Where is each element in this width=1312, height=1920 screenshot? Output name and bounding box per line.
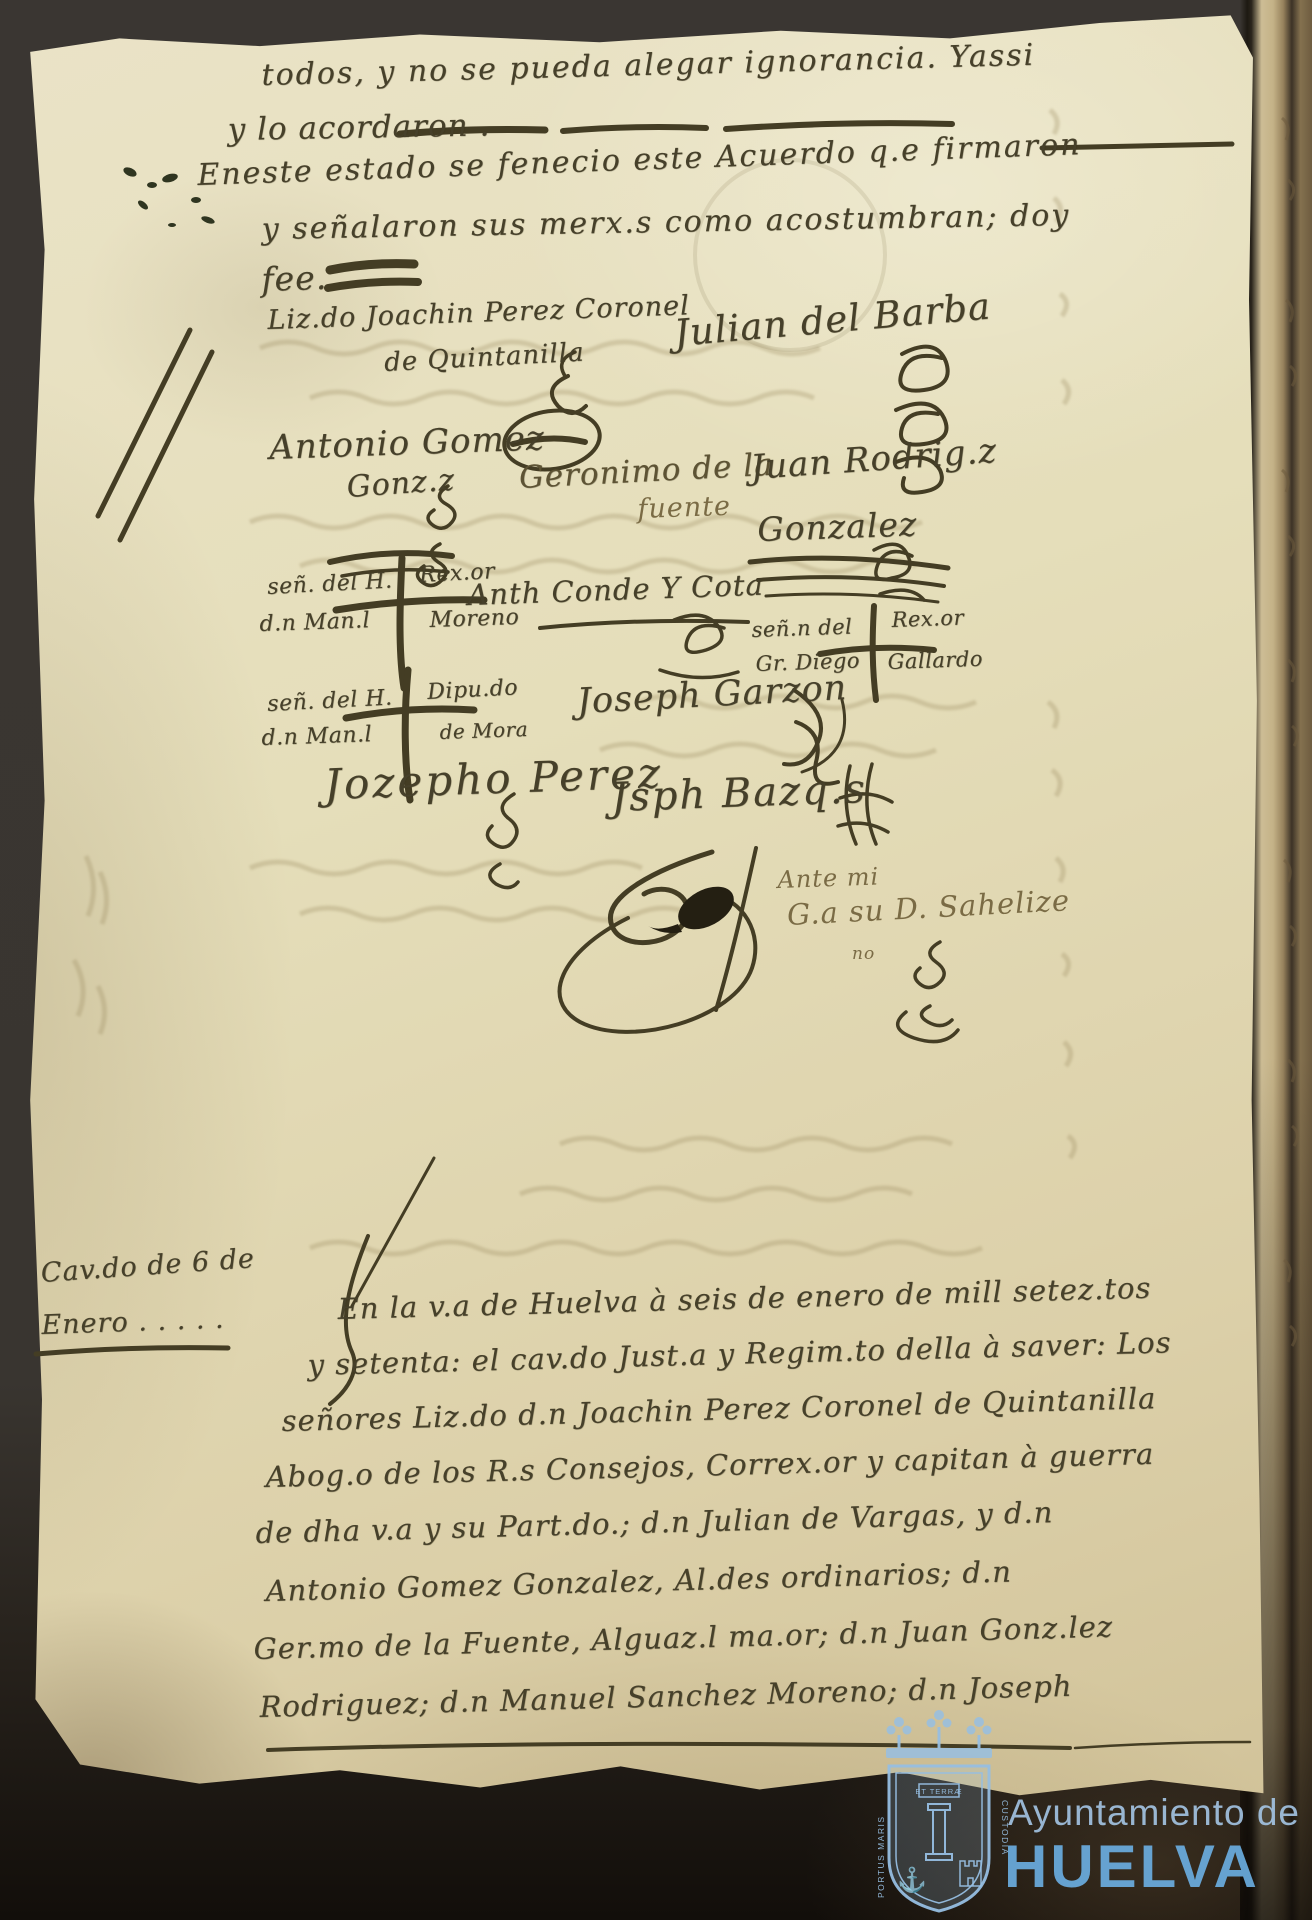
manuscript-top-line: y lo acordaron . <box>227 107 490 148</box>
signature-sahelize-superscript: no <box>852 944 875 964</box>
anchor-icon: ⚓ <box>897 1866 927 1894</box>
signature-ante-mi: Ante mi <box>777 862 880 894</box>
signature-geronimo-fuente-line2: fuente <box>637 491 732 525</box>
mark-label-gallardo-2: Rex.or <box>891 605 964 632</box>
mark-label-moreno-3: d.n Man.l <box>259 608 370 637</box>
mark-label-gallardo-4: Gallardo <box>887 647 983 674</box>
manuscript-top-line: fee. <box>261 258 328 299</box>
huelva-coat-of-arms-watermark: ET TERRÆ ⚓ PORTUS MARIS CUSTODIA <box>864 1708 1014 1918</box>
signature-joseph-vazquez: Jsph Bazq.s <box>610 766 867 821</box>
mark-label-mora-2: Dipu.do <box>427 675 519 705</box>
watermark-city-name: HUELVA <box>1004 1832 1260 1901</box>
mark-label-gallardo-1: señ.n del <box>751 615 852 642</box>
mark-label-mora-4: de Mora <box>439 717 528 744</box>
crest-motto-left: PORTUS MARIS <box>876 1815 886 1898</box>
signature-juan-rodriguez-line2: Gonzalez <box>757 504 918 549</box>
crest-motto-top: ET TERRÆ <box>915 1787 962 1796</box>
mark-label-mora-3: d.n Man.l <box>261 722 372 751</box>
manuscript-scan: todos, y no se pueda alegar ignorancia. … <box>0 0 1312 1920</box>
margin-note-line2: Enero . . . . . <box>41 1304 225 1341</box>
watermark-org-name: Ayuntamiento de <box>1008 1792 1300 1834</box>
